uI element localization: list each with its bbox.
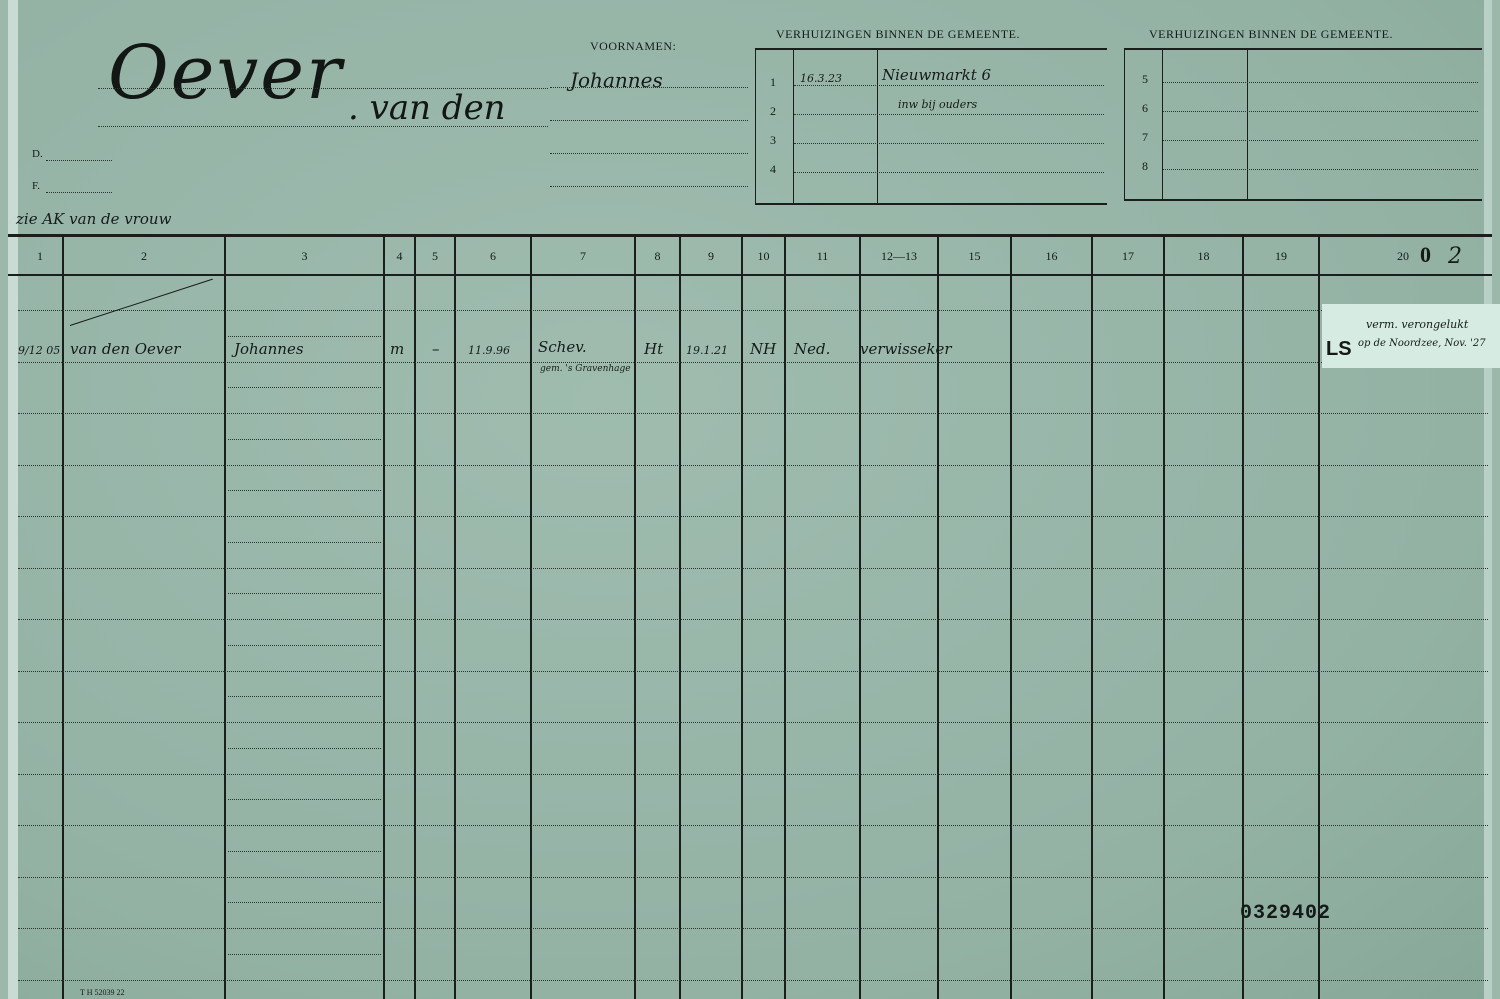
col-line [1242,237,1244,999]
col3-subrule [228,645,381,646]
moves-right-top-border [1124,48,1482,50]
moves-row-num: 4 [770,162,776,177]
f-rule [46,192,112,193]
column-header: 17 [1093,249,1163,264]
column-header: 10 [743,249,784,264]
entry-birthplace-sub: gem. 's Gravenhage [540,364,631,374]
moves-right-rule [1163,140,1478,141]
moves-row-num: 2 [770,104,776,119]
handwritten-note: zie AK van de vrouw [16,210,171,228]
moves-right-bottom-border [1124,199,1482,201]
col-line [454,237,456,999]
col-line [679,237,681,999]
col3-subrule [228,902,381,903]
col3-subrule [228,490,381,491]
moves-row-num: 6 [1142,101,1148,116]
moves-left-rule [794,114,1104,115]
table-header-border [8,274,1492,276]
voornamen-rule-2 [550,120,748,121]
entry-occupation: verwisseker [860,340,952,358]
column-20-extra: 2 [1448,244,1462,269]
moves-row-num: 5 [1142,72,1148,87]
col-line [530,237,532,999]
entry-col8: Ht [644,340,663,358]
entry-birthdate: 11.9.96 [468,344,510,357]
col-line [224,237,226,999]
surname-rule-1 [98,88,548,89]
row-rule [18,310,1488,311]
column-header: 2 [64,249,224,264]
voornamen-rule-3 [550,153,748,154]
col3-subrule [228,439,381,440]
surname: Oever [108,30,343,116]
entry-civil-status: – [432,340,440,358]
row-rule [18,825,1488,826]
moves-left-title: VERHUIZINGEN BINNEN DE GEMEENTE. [776,27,1020,42]
moves-row-num: 1 [770,75,776,90]
d-rule [46,160,112,161]
voornamen-rule-4 [550,186,748,187]
card-edge-left [8,0,18,999]
col-line [1091,237,1093,999]
moves-right-rule [1163,169,1478,170]
print-code: T H 52039 22 [80,988,125,997]
column-header: 5 [416,249,454,264]
move-address: inw bij ouders [898,98,977,111]
ls-stamp: LS [1326,338,1352,361]
row-rule [18,980,1488,981]
column-20-mark: 0 [1420,242,1431,268]
col-line [741,237,743,999]
row-rule [18,722,1488,723]
move-date: 16.3.23 [800,72,842,85]
row-rule [18,568,1488,569]
col3-subrule [228,748,381,749]
entry-surname: van den Oever [70,340,180,358]
column-header: 11 [786,249,859,264]
column-header: 3 [226,249,383,264]
moves-right-divider-1 [1162,50,1163,199]
registration-card: Oever . van den VOORNAMEN: Johannes D. F… [8,0,1492,999]
surname-rule-2 [98,126,548,127]
voornamen-label: VOORNAMEN: [590,39,676,54]
col3-subrule [228,387,381,388]
column-header: 12—13 [861,249,937,264]
col3-subrule [228,336,381,337]
row-rule [18,774,1488,775]
column-header: 18 [1165,249,1242,264]
col3-subrule [228,851,381,852]
column-header: 9 [681,249,741,264]
card-edge-right [1484,0,1492,999]
column-header: 20 [1388,249,1418,264]
moves-right-rule [1163,111,1478,112]
row-rule [18,465,1488,466]
column-header: 15 [939,249,1010,264]
column-header: 4 [385,249,414,264]
moves-left-divider-1 [793,50,794,203]
f-label: F. [32,180,40,192]
row-rule [18,362,1488,363]
col3-subrule [228,799,381,800]
d-label: D. [32,148,43,160]
remark-line-2: op de Noordzee, Nov. '27 [1358,338,1486,349]
col3-subrule [228,954,381,955]
moves-left-border-l [755,50,756,203]
row-rule [18,516,1488,517]
col-line [1010,237,1012,999]
entry-birthplace: Schev. [538,338,587,356]
column-header: 19 [1244,249,1318,264]
moves-left-divider-2 [877,50,878,203]
col-line [62,237,64,999]
col-line [1163,237,1165,999]
column-header: 7 [532,249,634,264]
col3-subrule [228,696,381,697]
col3-subrule [228,542,381,543]
moves-left-rule [794,172,1104,173]
col-line [634,237,636,999]
moves-right-border-l [1124,50,1125,199]
entry-sex: m [390,340,404,358]
col-line [784,237,786,999]
surname-prefix: . van den [348,88,506,128]
moves-left-bottom-border [755,203,1107,205]
column-header: 8 [636,249,679,264]
moves-row-num: 3 [770,133,776,148]
moves-row-num: 8 [1142,159,1148,174]
entry-date: 9/12 05 [18,344,60,357]
table-top-border [8,234,1492,237]
row-rule [18,928,1488,929]
voornamen-rule-1 [550,87,748,88]
entry-religion: NH [750,340,776,358]
voornamen-value: Johannes [570,68,663,92]
moves-row-num: 7 [1142,130,1148,145]
col3-subrule [228,593,381,594]
moves-left-rule [794,85,1104,86]
moves-right-rule [1163,82,1478,83]
row-rule [18,671,1488,672]
move-address: Nieuwmarkt 6 [882,66,991,84]
moves-right-divider-2 [1247,50,1248,199]
entry-nationality: Ned. [794,340,830,358]
column-header: 16 [1012,249,1091,264]
row-rule [18,413,1488,414]
serial-number: 0329402 [1240,902,1331,925]
row-rule [18,877,1488,878]
column-header: 6 [456,249,530,264]
col-line [414,237,416,999]
column-header: 1 [18,249,62,264]
row-rule [18,619,1488,620]
col-line [1318,237,1320,999]
entry-col9-date: 19.1.21 [686,344,728,357]
entry-firstname: Johannes [234,340,304,358]
col-line [383,237,385,999]
moves-left-rule [794,143,1104,144]
moves-left-top-border [755,48,1107,50]
strike-line [70,279,213,326]
moves-right-title: VERHUIZINGEN BINNEN DE GEMEENTE. [1149,27,1393,42]
remark-line-1: verm. verongelukt [1366,318,1468,331]
